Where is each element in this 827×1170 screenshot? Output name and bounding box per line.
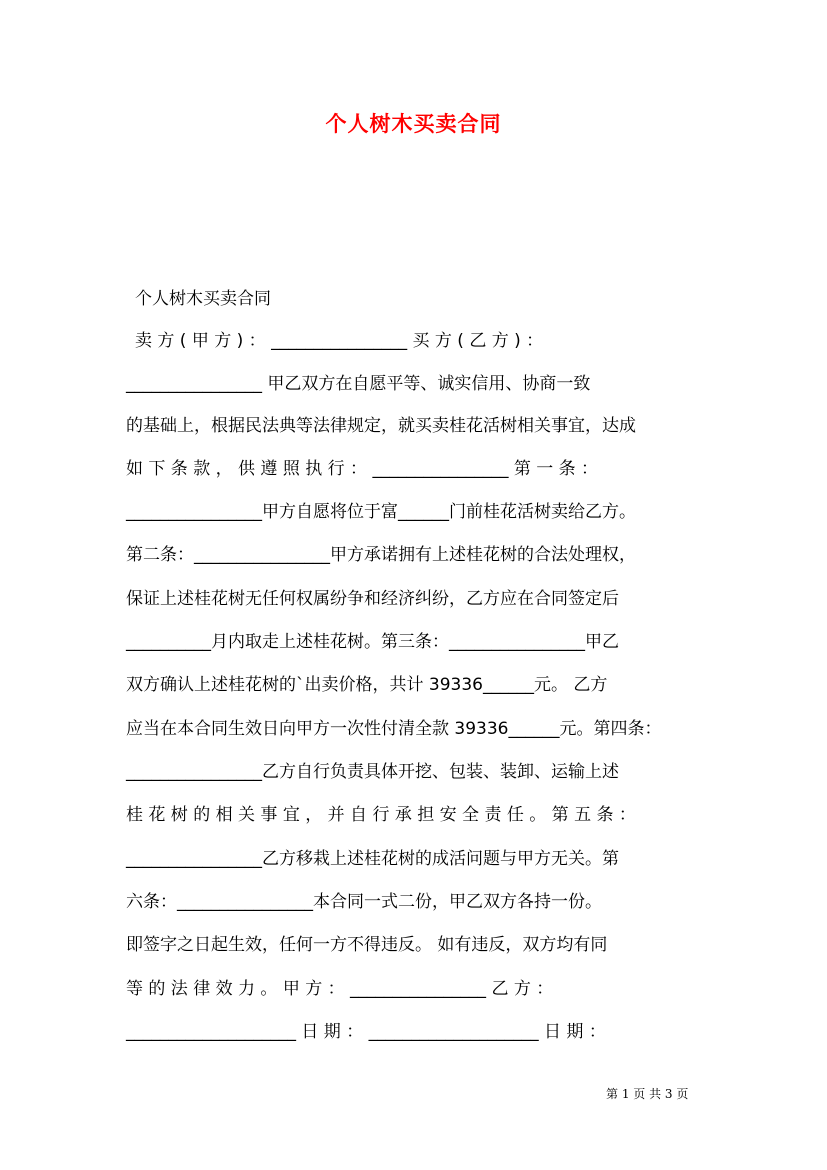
- text-line: 应当在本合同生效日向甲方一次性付清全款 39336______元。第四条：: [126, 717, 702, 741]
- text-line: 六条：________________本合同一式二份，甲乙双方各持一份。: [126, 890, 702, 914]
- text-line: ________________乙方自行负责具体开挖、包装、装卸、运输上述: [126, 760, 702, 784]
- document-title: 个人树木买卖合同: [0, 108, 827, 138]
- page-number: 第 1 页 共 3 页: [606, 1085, 688, 1102]
- text-line: 第二条：________________甲方承诺拥有上述桂花树的合法处理权，: [126, 543, 702, 567]
- text-line: 双方确认上述桂花树的`出卖价格，共计 39336______元。 乙方: [126, 673, 702, 697]
- text-line: ____________________ 日 期 ： _____________…: [126, 1020, 702, 1044]
- text-line: 即签字之日起生效，任何一方不得违反。 如有违反，双方均有同: [126, 933, 702, 957]
- subtitle-line: 个人树木买卖合同: [135, 287, 711, 311]
- text-line: 等 的 法 律 效 力 。 甲 方 ： ________________ 乙 方…: [126, 977, 702, 1001]
- text-line: ________________乙方移栽上述桂花树的成活问题与甲方无关。第: [126, 847, 702, 871]
- text-line: 桂 花 树 的 相 关 事 宜 ， 并 自 行 承 担 安 全 责 任 。 第 …: [126, 803, 702, 827]
- text-line: __________月内取走上述桂花树。第三条：________________…: [126, 630, 702, 654]
- text-line: 卖 方 ( 甲 方 ) ： ________________ 买 方 ( 乙 方…: [135, 329, 702, 353]
- text-line: ________________甲方自愿将位于富______门前桂花活树卖给乙方…: [126, 500, 702, 524]
- text-line: 的基础上，根据民法典等法律规定，就买卖桂花活树相关事宜，达成: [126, 414, 702, 438]
- text-line: 保证上述桂花树无任何权属纷争和经济纠纷，乙方应在合同签定后: [126, 587, 702, 611]
- text-line: 如 下 条 款 ， 供 遵 照 执 行 ： ________________ 第…: [126, 457, 702, 481]
- text-line: ________________ 甲乙双方在自愿平等、诚实信用、协商一致: [126, 372, 702, 396]
